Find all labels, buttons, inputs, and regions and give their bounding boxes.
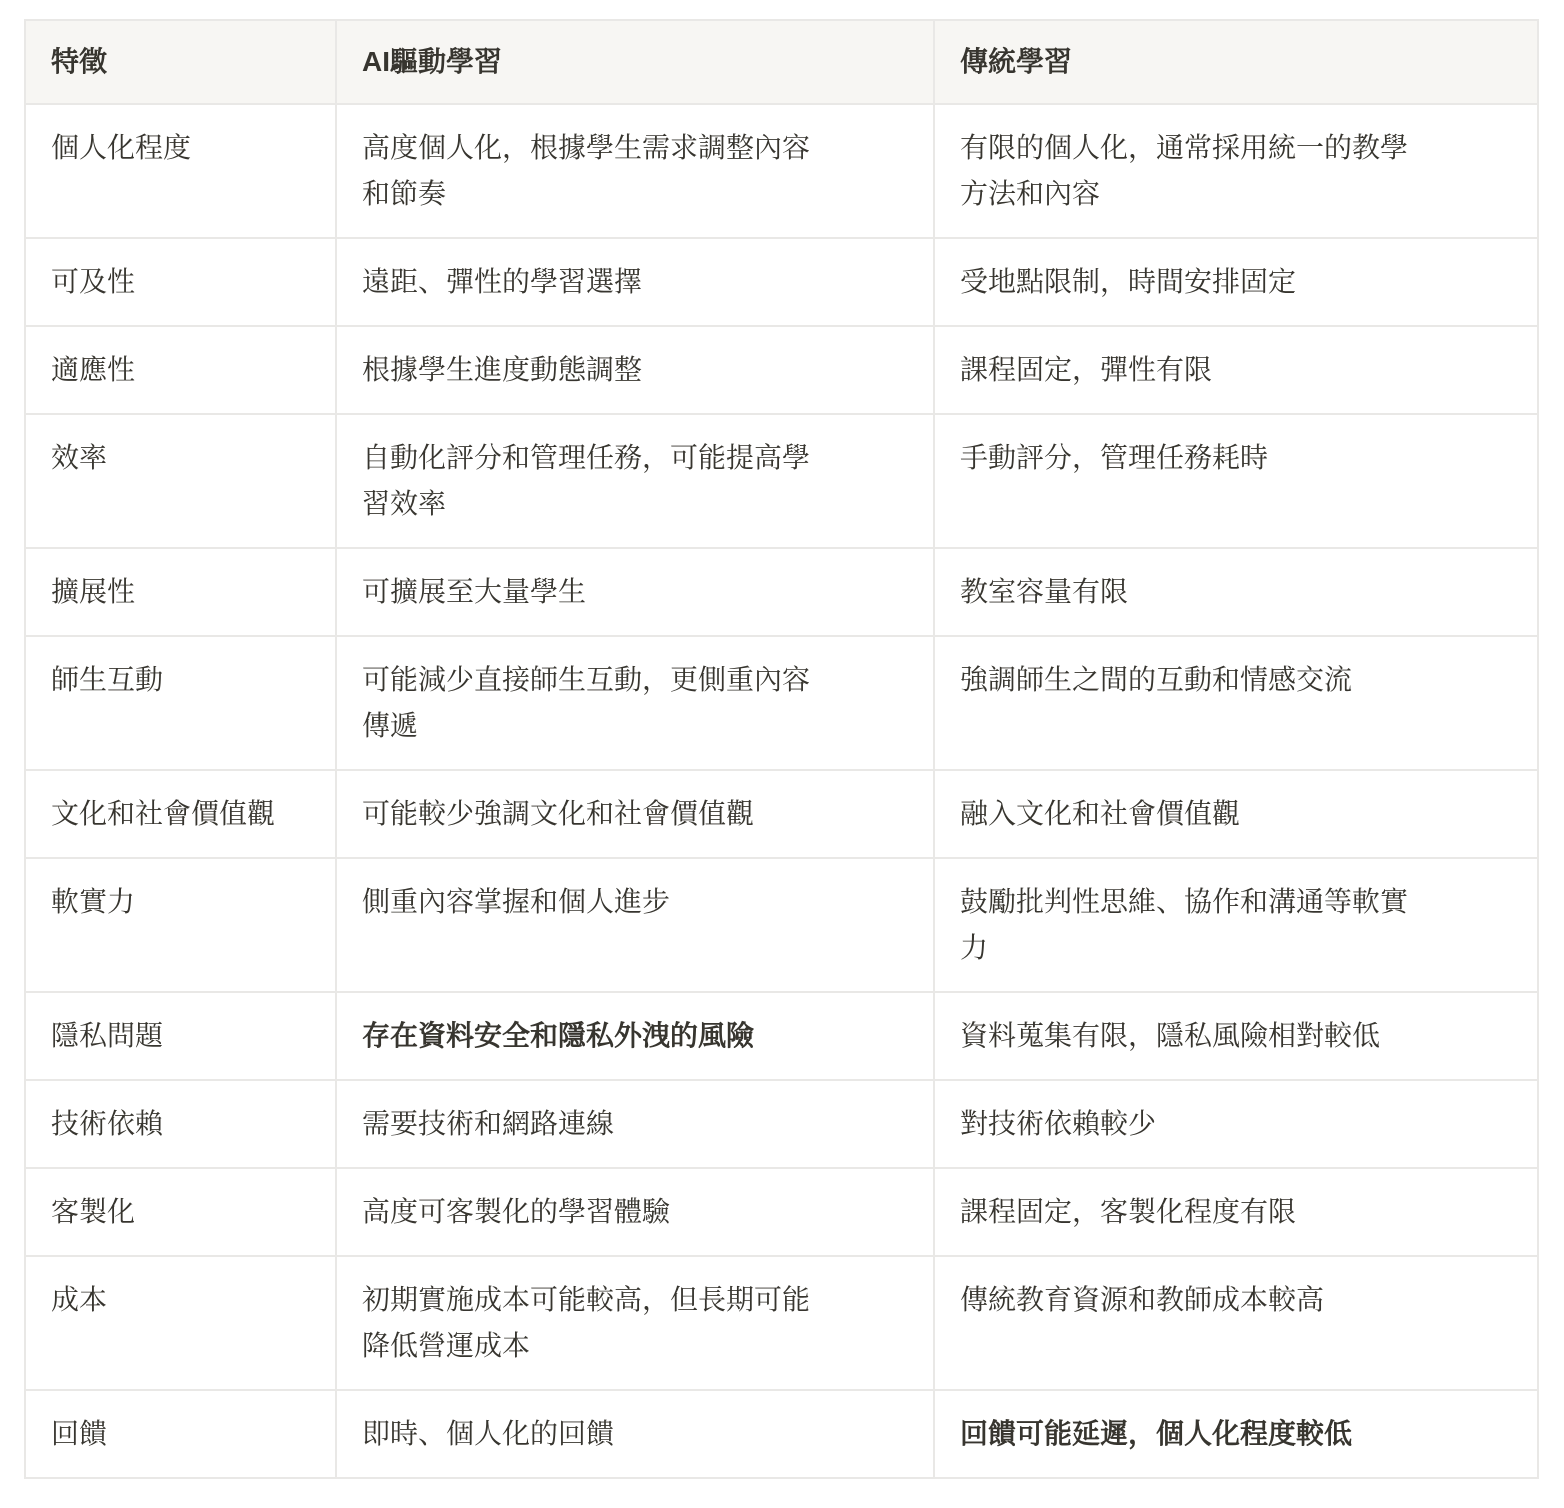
ai-cell: 自動化評分和管理任務，可能提高學 習效率 — [336, 414, 934, 548]
table-row: 文化和社會價值觀 可能較少強調文化和社會價值觀 融入文化和社會價值觀 — [25, 770, 1538, 858]
column-header-traditional-learning: 傳統學習 — [934, 20, 1538, 104]
traditional-cell: 強調師生之間的互動和情感交流 — [934, 636, 1538, 770]
feature-cell: 隱私問題 — [25, 992, 336, 1080]
traditional-cell: 資料蒐集有限，隱私風險相對較低 — [934, 992, 1538, 1080]
ai-cell: 可能較少強調文化和社會價值觀 — [336, 770, 934, 858]
ai-cell: 存在資料安全和隱私外洩的風險 — [336, 992, 934, 1080]
traditional-cell: 課程固定，客製化程度有限 — [934, 1168, 1538, 1256]
header-row: 特徵 AI驅動學習 傳統學習 — [25, 20, 1538, 104]
ai-cell: 可擴展至大量學生 — [336, 548, 934, 636]
feature-cell: 個人化程度 — [25, 104, 336, 238]
ai-cell: 可能減少直接師生互動，更側重內容 傳遞 — [336, 636, 934, 770]
feature-cell: 文化和社會價值觀 — [25, 770, 336, 858]
table-row: 擴展性 可擴展至大量學生 教室容量有限 — [25, 548, 1538, 636]
traditional-cell: 傳統教育資源和教師成本較高 — [934, 1256, 1538, 1390]
traditional-cell: 教室容量有限 — [934, 548, 1538, 636]
table-row: 成本 初期實施成本可能較高，但長期可能 降低營運成本 傳統教育資源和教師成本較高 — [25, 1256, 1538, 1390]
table-row: 可及性 遠距、彈性的學習選擇 受地點限制，時間安排固定 — [25, 238, 1538, 326]
table-row: 隱私問題 存在資料安全和隱私外洩的風險 資料蒐集有限，隱私風險相對較低 — [25, 992, 1538, 1080]
table-row: 師生互動 可能減少直接師生互動，更側重內容 傳遞 強調師生之間的互動和情感交流 — [25, 636, 1538, 770]
ai-cell: 根據學生進度動態調整 — [336, 326, 934, 414]
traditional-cell: 手動評分，管理任務耗時 — [934, 414, 1538, 548]
feature-cell: 效率 — [25, 414, 336, 548]
feature-cell: 軟實力 — [25, 858, 336, 992]
table-row: 軟實力 側重內容掌握和個人進步 鼓勵批判性思維、協作和溝通等軟實 力 — [25, 858, 1538, 992]
ai-cell: 側重內容掌握和個人進步 — [336, 858, 934, 992]
feature-cell: 回饋 — [25, 1390, 336, 1478]
ai-cell: 遠距、彈性的學習選擇 — [336, 238, 934, 326]
traditional-cell: 有限的個人化，通常採用統一的教學 方法和內容 — [934, 104, 1538, 238]
ai-cell: 高度個人化，根據學生需求調整內容 和節奏 — [336, 104, 934, 238]
feature-cell: 適應性 — [25, 326, 336, 414]
feature-cell: 技術依賴 — [25, 1080, 336, 1168]
ai-cell: 高度可客製化的學習體驗 — [336, 1168, 934, 1256]
table-row: 技術依賴 需要技術和網路連線 對技術依賴較少 — [25, 1080, 1538, 1168]
traditional-cell: 課程固定，彈性有限 — [934, 326, 1538, 414]
traditional-cell: 受地點限制，時間安排固定 — [934, 238, 1538, 326]
ai-cell: 初期實施成本可能較高，但長期可能 降低營運成本 — [336, 1256, 934, 1390]
traditional-cell: 回饋可能延遲，個人化程度較低 — [934, 1390, 1538, 1478]
feature-cell: 擴展性 — [25, 548, 336, 636]
table-row: 效率 自動化評分和管理任務，可能提高學 習效率 手動評分，管理任務耗時 — [25, 414, 1538, 548]
column-header-ai-learning: AI驅動學習 — [336, 20, 934, 104]
ai-cell: 需要技術和網路連線 — [336, 1080, 934, 1168]
column-header-feature: 特徵 — [25, 20, 336, 104]
feature-cell: 可及性 — [25, 238, 336, 326]
table-row: 回饋 即時、個人化的回饋 回饋可能延遲，個人化程度較低 — [25, 1390, 1538, 1478]
table-row: 客製化 高度可客製化的學習體驗 課程固定，客製化程度有限 — [25, 1168, 1538, 1256]
traditional-cell: 鼓勵批判性思維、協作和溝通等軟實 力 — [934, 858, 1538, 992]
table-row: 個人化程度 高度個人化，根據學生需求調整內容 和節奏 有限的個人化，通常採用統一… — [25, 104, 1538, 238]
feature-cell: 師生互動 — [25, 636, 336, 770]
comparison-table: 特徵 AI驅動學習 傳統學習 個人化程度 高度個人化，根據學生需求調整內容 和節… — [24, 19, 1539, 1479]
table-row: 適應性 根據學生進度動態調整 課程固定，彈性有限 — [25, 326, 1538, 414]
traditional-cell: 融入文化和社會價值觀 — [934, 770, 1538, 858]
page: 特徵 AI驅動學習 傳統學習 個人化程度 高度個人化，根據學生需求調整內容 和節… — [0, 0, 1564, 1500]
feature-cell: 成本 — [25, 1256, 336, 1390]
feature-cell: 客製化 — [25, 1168, 336, 1256]
ai-cell: 即時、個人化的回饋 — [336, 1390, 934, 1478]
traditional-cell: 對技術依賴較少 — [934, 1080, 1538, 1168]
